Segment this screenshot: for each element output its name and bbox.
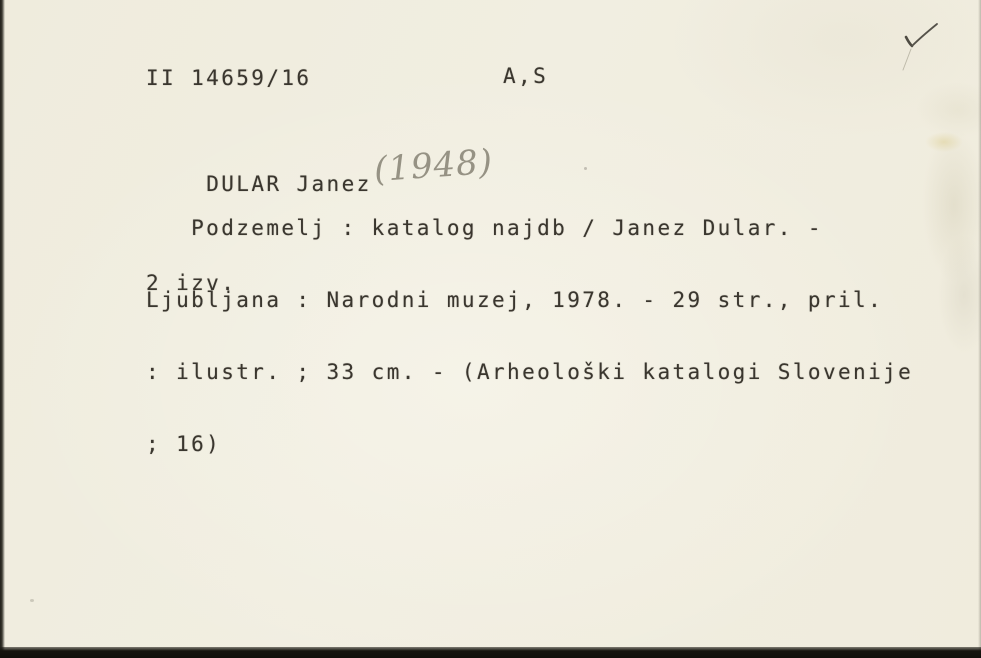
description-line: Ljubljana : Narodni muzej, 1978. - 29 st… <box>146 288 913 312</box>
description-block: Podzemelj : katalog najdb / Janez Dular.… <box>146 168 913 504</box>
description-line: : ilustr. ; 33 cm. - (Arheološki katalog… <box>146 360 913 384</box>
shelf-code: A,S <box>503 64 548 88</box>
description-line: ; 16) <box>146 432 913 456</box>
card-left-edge <box>0 0 5 658</box>
copies-note: 2 izv. <box>146 271 236 295</box>
catalog-card: II 14659/16 A,S DULAR Janez(1948) Podzem… <box>0 0 981 658</box>
paper-speck <box>30 599 34 602</box>
call-number: II 14659/16 <box>146 66 311 90</box>
card-bottom-edge <box>0 647 981 658</box>
description-line: Podzemelj : katalog najdb / Janez Dular.… <box>146 216 913 240</box>
checkmark-icon <box>896 18 948 80</box>
